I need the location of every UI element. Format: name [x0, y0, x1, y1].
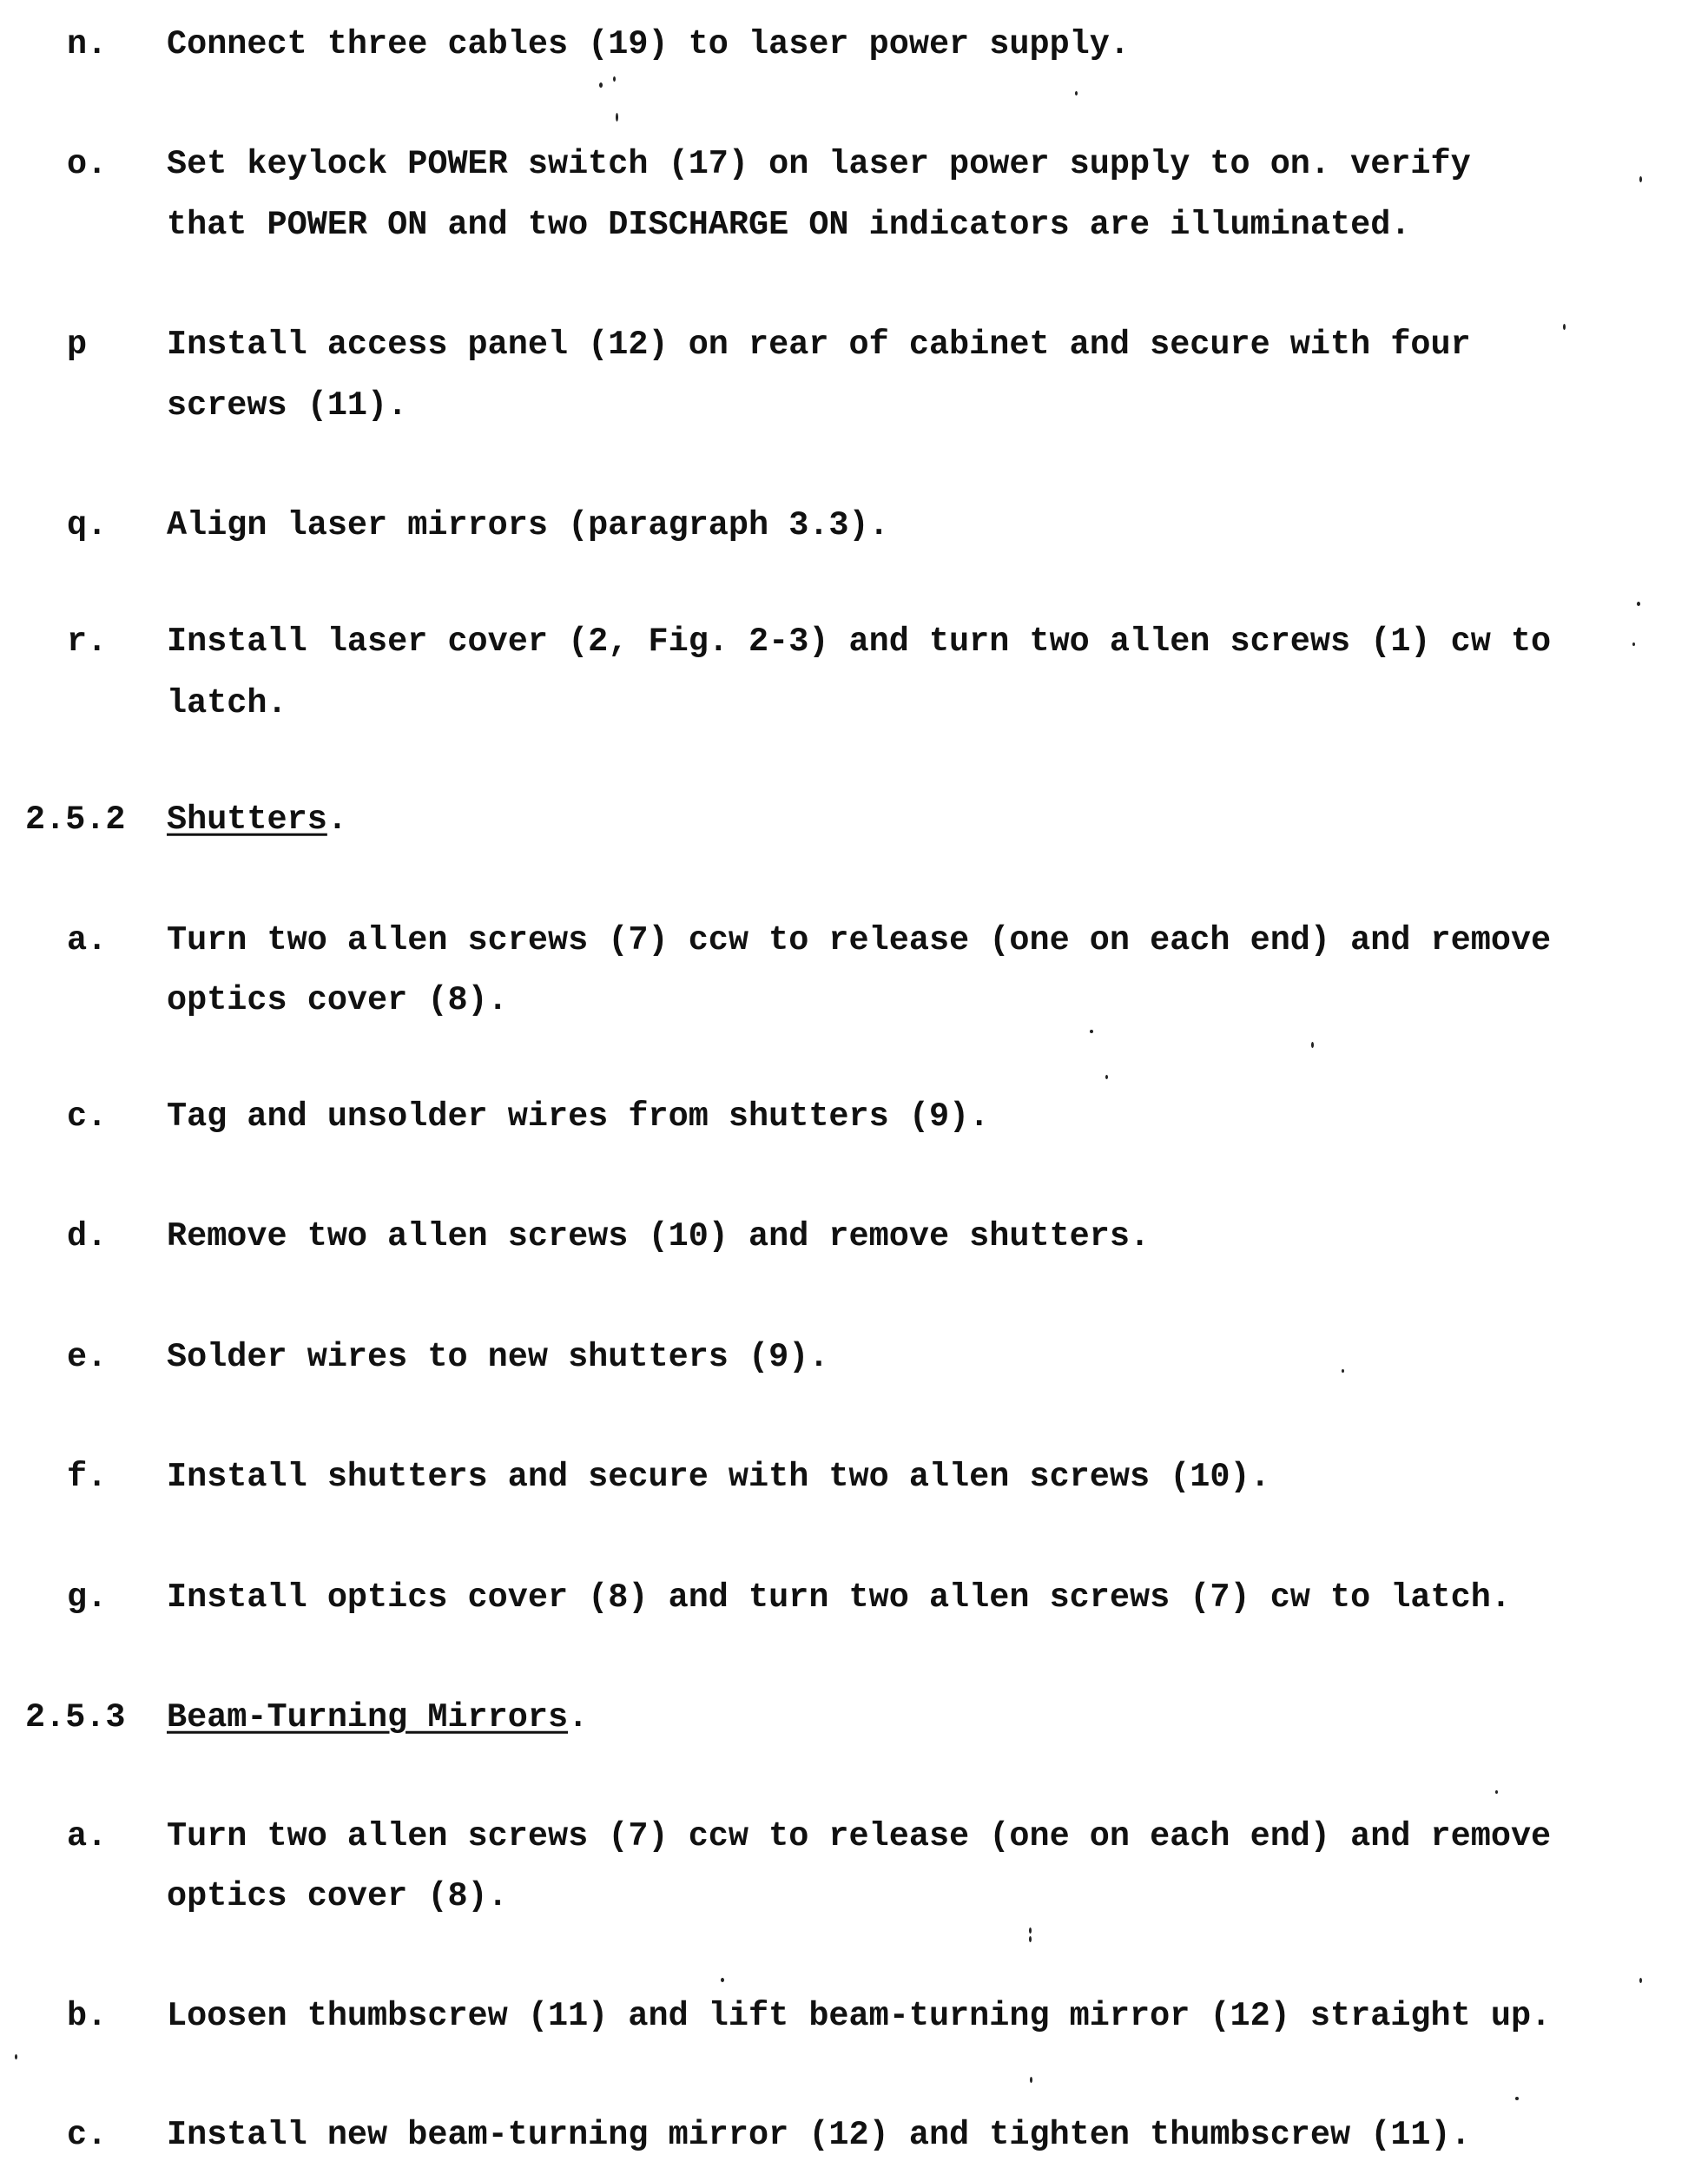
step-label: r. [67, 625, 107, 659]
step-text: latch. [167, 687, 287, 721]
step-label: e. [67, 1341, 107, 1374]
scan-speck [1342, 1369, 1344, 1373]
scan-speck [721, 1978, 724, 1982]
step-text: Install new beam-turning mirror (12) and… [167, 2118, 1471, 2152]
scan-speck [1495, 1790, 1498, 1794]
step-label: d. [67, 1220, 107, 1254]
scan-speck [1637, 602, 1640, 606]
step-text: Install optics cover (8) and turn two al… [167, 1581, 1511, 1615]
scan-speck [1639, 176, 1642, 182]
scan-speck [613, 76, 616, 82]
step-text: optics cover (8). [167, 984, 508, 1018]
section-number: 2.5.3 [25, 1701, 126, 1735]
section-title-text: Beam-Turning Mirrors [167, 1698, 568, 1736]
step-text: Set keylock POWER switch (17) on laser p… [167, 148, 1471, 181]
step-label: c. [67, 1100, 107, 1134]
step-text: Turn two allen screws (7) ccw to release… [167, 1820, 1551, 1854]
step-label: a. [67, 924, 107, 958]
scan-speck [1029, 1927, 1032, 1934]
scan-speck [1311, 1042, 1314, 1048]
section-title: Beam-Turning Mirrors. [167, 1701, 588, 1735]
step-label: c. [67, 2118, 107, 2152]
scan-speck [1632, 642, 1635, 646]
section-title-suffix: . [327, 801, 347, 839]
step-text: Loosen thumbscrew (11) and lift beam-tur… [167, 2000, 1551, 2033]
step-text: optics cover (8). [167, 1880, 508, 1914]
section-title-text: Shutters [167, 801, 327, 839]
step-text: Turn two allen screws (7) ccw to release… [167, 924, 1551, 958]
scan-speck [15, 2054, 17, 2059]
step-text: Install laser cover (2, Fig. 2-3) and tu… [167, 625, 1551, 659]
section-number: 2.5.2 [25, 803, 126, 837]
step-label: n. [67, 28, 107, 62]
step-label: f. [67, 1460, 107, 1494]
scan-speck [1030, 2077, 1032, 2083]
scan-speck [1515, 2097, 1519, 2100]
step-label: b. [67, 2000, 107, 2033]
step-text: Connect three cables (19) to laser power… [167, 28, 1130, 62]
scan-speck [1090, 1030, 1093, 1033]
scan-speck [1105, 1075, 1108, 1079]
scan-speck [1029, 1936, 1032, 1942]
section-title: Shutters. [167, 803, 347, 837]
step-text: Remove two allen screws (10) and remove … [167, 1220, 1150, 1254]
scan-speck [1639, 1978, 1642, 1983]
step-text: screws (11). [167, 389, 407, 423]
scan-speck [1075, 91, 1078, 96]
step-label: q. [67, 509, 107, 543]
step-label: a. [67, 1820, 107, 1854]
step-label: o. [67, 148, 107, 181]
step-text: Solder wires to new shutters (9). [167, 1341, 828, 1374]
step-text: Install shutters and secure with two all… [167, 1460, 1270, 1494]
step-text: that POWER ON and two DISCHARGE ON indic… [167, 208, 1410, 242]
step-text: Install access panel (12) on rear of cab… [167, 328, 1471, 362]
scan-speck [616, 113, 618, 122]
step-text: Align laser mirrors (paragraph 3.3). [167, 509, 889, 543]
scan-speck [599, 82, 603, 88]
section-title-suffix: . [568, 1698, 588, 1736]
scan-speck [1563, 324, 1566, 330]
step-text: Tag and unsolder wires from shutters (9)… [167, 1100, 989, 1134]
step-label: g. [67, 1581, 107, 1615]
step-label: p [67, 328, 87, 362]
